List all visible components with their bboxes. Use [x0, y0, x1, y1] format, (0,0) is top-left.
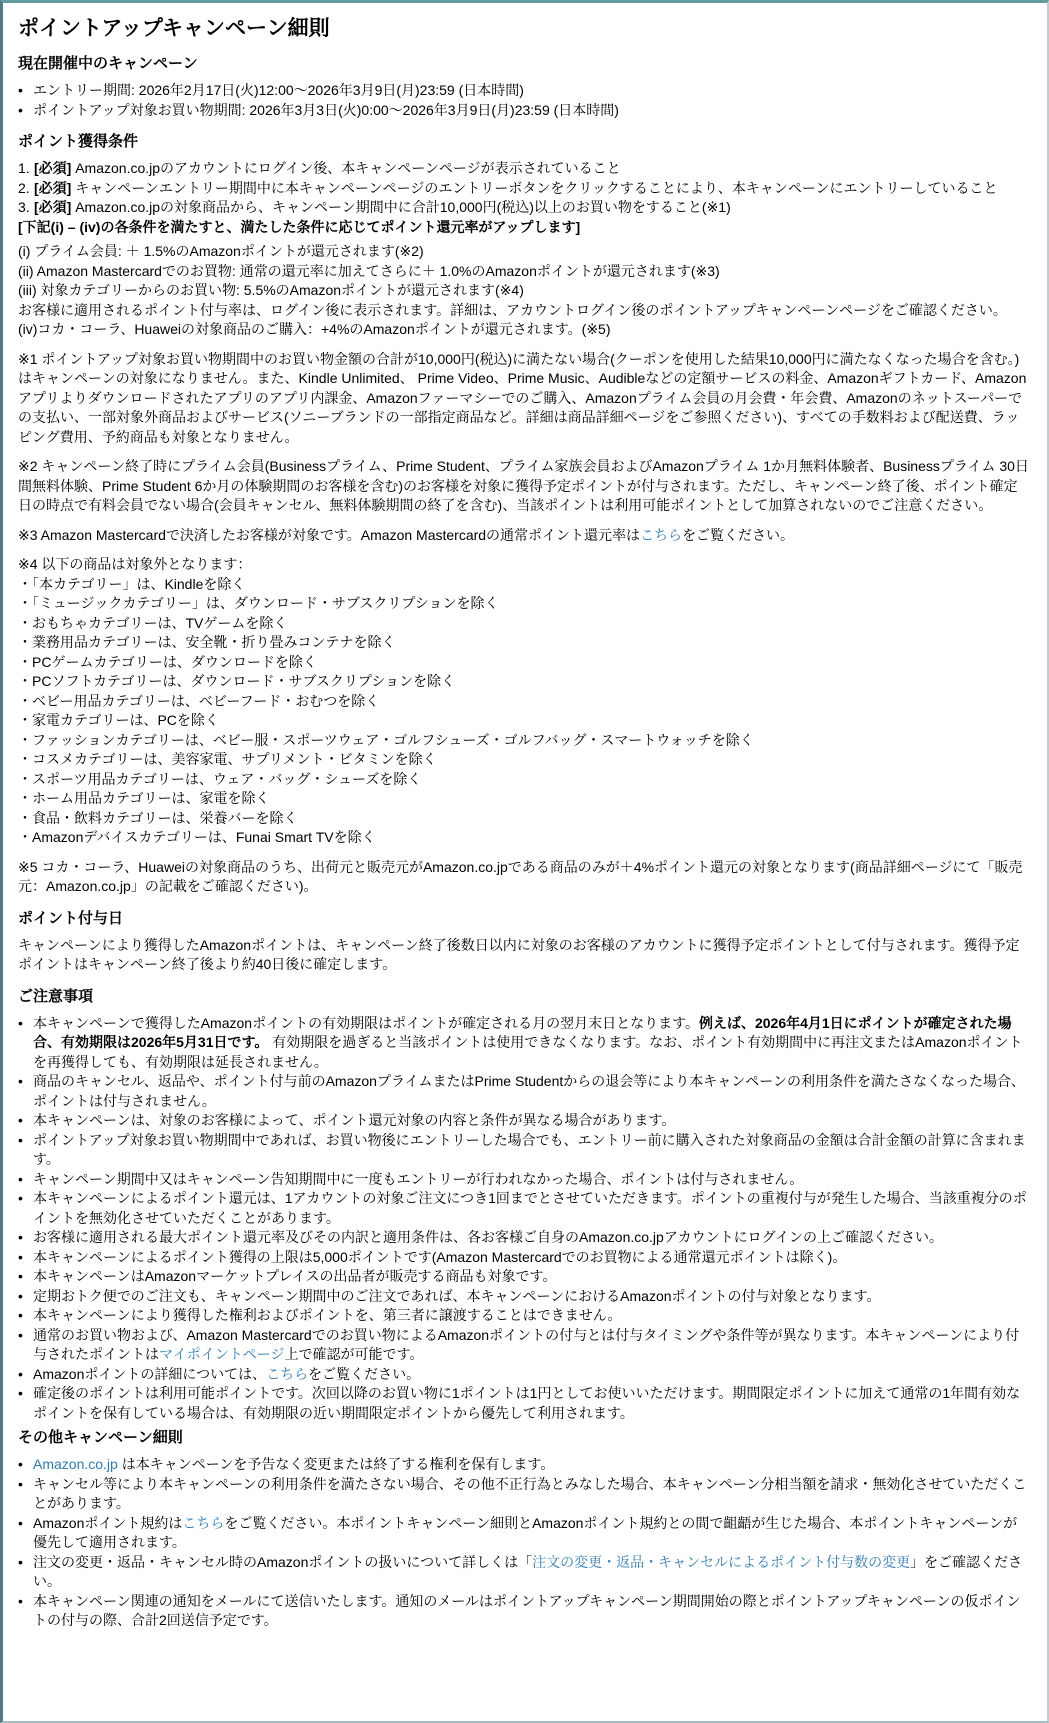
term-text: Amazonポイント規約は [33, 1515, 182, 1531]
list-item: •商品のキャンセル、返品や、ポイント付与前のAmazonプライムまたはPrime… [18, 1072, 1031, 1111]
list-item: •本キャンペーン関連の通知をメールにて送信いたします。通知のメールはポイントアッ… [18, 1592, 1031, 1631]
notice-text: 定期おトク便でのご注文も、キャンペーン期間中のご注文であれば、本キャンペーンにお… [33, 1288, 880, 1304]
current-campaign-list: •エントリー期間: 2026年2月17日(火)12:00～2026年3月9日(月… [18, 81, 1031, 120]
list-item: •本キャンペーンで獲得したAmazonポイントの有効期限はポイントが確定される月… [18, 1014, 1031, 1073]
bullet-marker: • [18, 1365, 33, 1385]
note-2: ※2 キャンペーン終了時にプライム会員(Businessプライム、Prime S… [18, 457, 1031, 516]
notice-text: 確定後のポイントは利用可能ポイントです。次回以降のお買い物に1ポイントは1円とし… [33, 1385, 1020, 1421]
notice-text: キャンペーン期間中又はキャンペーン告知期間中に一度もエントリーが行われなかった場… [33, 1171, 803, 1187]
list-item: 1.[必須] Amazon.co.jpのアカウントにログイン後、本キャンペーンペ… [18, 159, 1031, 179]
excluded-category-item: ・家電カテゴリーは、PCを除く [18, 711, 1031, 731]
section-heading-point-conditions: ポイント獲得条件 [18, 132, 1031, 152]
number-marker: 1. [18, 159, 34, 179]
excluded-category-item: ・PCゲームカテゴリーは、ダウンロードを除く [18, 653, 1031, 673]
other-terms-list: •Amazon.co.jp は本キャンペーンを予告なく変更または終了する権利を保… [18, 1455, 1031, 1631]
excluded-category-item: ・食品・飲料カテゴリーは、栄養バーを除く [18, 809, 1031, 829]
list-item: •本キャンペーンはAmazonマーケットプレイスの出品者が販売する商品も対象です… [18, 1267, 1031, 1287]
notice-text: 商品のキャンセル、返品や、ポイント付与前のAmazonプライムまたはPrime … [33, 1073, 1025, 1109]
bullet-marker: • [18, 81, 33, 101]
tier-line-category: (iii) 対象カテゴリーからのお買い物: 5.5%のAmazonポイントが還元… [18, 281, 1031, 301]
term-text: は本キャンペーンを予告なく変更または終了する権利を保有します。 [118, 1456, 555, 1472]
notices-list: •本キャンペーンで獲得したAmazonポイントの有効期限はポイントが確定される月… [18, 1014, 1031, 1424]
list-item: •ポイントアップ対象お買い物期間: 2026年3月3日(火)0:00～2026年… [18, 101, 1031, 121]
tier-line-mastercard: (ii) Amazon Mastercardでのお買物: 通常の還元率に加えてさ… [18, 262, 1031, 282]
rule-text: キャンペーンエントリー期間中に本キャンペーンページのエントリーボタンをクリックす… [71, 180, 997, 196]
tier-line-brands: (iv)コカ・コーラ、Huaweiの対象商品のご購入：+4%のAmazonポイン… [18, 320, 1031, 340]
list-item: •注文の変更・返品・キャンセル時のAmazonポイントの扱いについて詳しくは「注… [18, 1553, 1031, 1592]
required-label: [必須] [34, 160, 71, 176]
bullet-marker: • [18, 1475, 33, 1495]
note-4-block: ※4 以下の商品は対象外となります： ・「本カテゴリー」は、Kindleを除く … [18, 555, 1031, 848]
note-3: ※3 Amazon Mastercardで決済したお客様が対象です。Amazon… [18, 526, 1031, 546]
page-title: ポイントアップキャンペーン細則 [18, 15, 1031, 42]
excluded-category-item: ・おもちゃカテゴリーは、TVゲームを除く [18, 614, 1031, 634]
bullet-marker: • [18, 1553, 33, 1573]
list-item: •本キャンペーンは、対象のお客様によって、ポイント還元対象の内容と条件が異なる場… [18, 1111, 1031, 1131]
list-item: •お客様に適用される最大ポイント還元率及びその内訳と適用条件は、各お客様ご自身の… [18, 1228, 1031, 1248]
points-details-link[interactable]: こちら [266, 1366, 308, 1382]
list-item: •キャンセル等により本キャンペーンの利用条件を満たさない場合、その他不正行為とみ… [18, 1475, 1031, 1514]
list-item: •定期おトク便でのご注文も、キャンペーン期間中のご注文であれば、本キャンペーンに… [18, 1287, 1031, 1307]
section-heading-other-terms: その他キャンペーン細則 [18, 1428, 1031, 1448]
notice-text: 本キャンペーンにより獲得した権利およびポイントを、第三者に譲渡することはできませ… [33, 1307, 622, 1323]
list-item: •通常のお買い物および、Amazon Mastercardでのお買い物によるAm… [18, 1326, 1031, 1365]
conditions-bold-note: [下記(i) – (iv)の各条件を満たすと、満たした条件に応じてポイント還元率… [18, 218, 1031, 238]
term-text: キャンセル等により本キャンペーンの利用条件を満たさない場合、その他不正行為とみな… [33, 1476, 1026, 1512]
bullet-marker: • [18, 1306, 33, 1326]
bullet-marker: • [18, 101, 33, 121]
rate-display-note: お客様に適用されるポイント付与率は、ログイン後に表示されます。詳細は、アカウント… [18, 301, 1031, 321]
notice-text: 上で確認が可能です。 [284, 1346, 423, 1362]
list-item: •キャンペーン期間中又はキャンペーン告知期間中に一度もエントリーが行われなかった… [18, 1170, 1031, 1190]
excluded-category-item: ・Amazonデバイスカテゴリーは、Funai Smart TVを除く [18, 828, 1031, 848]
bullet-marker: • [18, 1189, 33, 1209]
excluded-category-item: ・ホーム用品カテゴリーは、家電を除く [18, 789, 1031, 809]
section-heading-current-campaign: 現在開催中のキャンペーン [18, 54, 1031, 74]
list-item: •Amazonポイントの詳細については、こちらをご覧ください。 [18, 1365, 1031, 1385]
excluded-category-item: ・「ミュージックカテゴリー」は、ダウンロード・サブスクリプションを除く [18, 594, 1031, 614]
notice-text: Amazonポイントの詳細については、 [33, 1366, 266, 1382]
note-4-intro: ※4 以下の商品は対象外となります： [18, 555, 1031, 575]
bullet-marker: • [18, 1592, 33, 1612]
campaign-terms-page: ポイントアップキャンペーン細則 現在開催中のキャンペーン •エントリー期間: 2… [0, 0, 1049, 1723]
notice-text: をご覧ください。 [308, 1366, 420, 1382]
number-marker: 3. [18, 198, 34, 218]
list-item: •エントリー期間: 2026年2月17日(火)12:00～2026年3月9日(月… [18, 81, 1031, 101]
list-item: •本キャンペーンにより獲得した権利およびポイントを、第三者に譲渡することはできま… [18, 1306, 1031, 1326]
list-item: •Amazon.co.jp は本キャンペーンを予告なく変更または終了する権利を保… [18, 1455, 1031, 1475]
rule-text: Amazon.co.jpのアカウントにログイン後、本キャンペーンページが表示され… [71, 160, 620, 176]
notice-text: ポイントアップ対象お買い物期間中であれば、お買い物後にエントリーした場合でも、エ… [33, 1132, 1026, 1168]
bullet-marker: • [18, 1287, 33, 1307]
bullet-marker: • [18, 1455, 33, 1475]
excluded-category-item: ・ベビー用品カテゴリーは、ベビーフード・おむつを除く [18, 692, 1031, 712]
list-item: •Amazonポイント規約はこちらをご覧ください。本ポイントキャンペーン細則とA… [18, 1514, 1031, 1553]
notice-text: 本キャンペーンは、対象のお客様によって、ポイント還元対象の内容と条件が異なる場合… [33, 1112, 675, 1128]
excluded-category-item: ・スポーツ用品カテゴリーは、ウェア・バッグ・シューズを除く [18, 770, 1031, 790]
section-heading-point-grant-date: ポイント付与日 [18, 909, 1031, 929]
required-label: [必須] [34, 199, 71, 215]
notice-text: 本キャンペーンはAmazonマーケットプレイスの出品者が販売する商品も対象です。 [33, 1268, 556, 1284]
point-conditions-rules: 1.[必須] Amazon.co.jpのアカウントにログイン後、本キャンペーンペ… [18, 159, 1031, 218]
bullet-marker: • [18, 1131, 33, 1151]
bullet-marker: • [18, 1267, 33, 1287]
points-terms-link[interactable]: こちら [182, 1515, 224, 1531]
tier-line-prime: (i) プライム会員: ＋ 1.5%のAmazonポイントが還元されます(※2) [18, 242, 1031, 262]
amazon-home-link[interactable]: Amazon.co.jp [33, 1456, 118, 1472]
excluded-category-item: ・ファッションカテゴリーは、ベビー服・スポーツウェア・ゴルフシューズ・ゴルフバッ… [18, 731, 1031, 751]
list-item: 3.[必須] Amazon.co.jpの対象商品から、キャンペーン期間中に合計1… [18, 198, 1031, 218]
bullet-marker: • [18, 1072, 33, 1092]
bullet-marker: • [18, 1514, 33, 1534]
mastercard-rate-link[interactable]: こちら [640, 527, 682, 543]
list-item: •確定後のポイントは利用可能ポイントです。次回以降のお買い物に1ポイントは1円と… [18, 1384, 1031, 1423]
bullet-marker: • [18, 1384, 33, 1404]
order-change-points-link[interactable]: 注文の変更・返品・キャンセルによるポイント付与数の変更 [532, 1554, 910, 1570]
point-rate-lines: (i) プライム会員: ＋ 1.5%のAmazonポイントが還元されます(※2)… [18, 242, 1031, 340]
bullet-marker: • [18, 1014, 33, 1034]
notice-text: 本キャンペーンによるポイント還元は、1アカウントの対象ご注文につき1回までとさせ… [33, 1190, 1027, 1226]
list-item: •本キャンペーンによるポイント還元は、1アカウントの対象ご注文につき1回までとさ… [18, 1189, 1031, 1228]
excluded-category-item: ・「本カテゴリー」は、Kindleを除く [18, 575, 1031, 595]
purchase-period-text: ポイントアップ対象お買い物期間: 2026年3月3日(火)0:00～2026年3… [33, 102, 619, 118]
list-item: •本キャンペーンによるポイント獲得の上限は5,000ポイントです(Amazon … [18, 1248, 1031, 1268]
note-3-text: をご覧ください。 [682, 527, 794, 543]
notice-text: 本キャンペーンで獲得したAmazonポイントの有効期限はポイントが確定される月の… [33, 1015, 699, 1031]
term-text: 注文の変更・返品・キャンセル時のAmazonポイントの扱いについて詳しくは「 [33, 1554, 532, 1570]
my-points-page-link[interactable]: マイポイントページ [159, 1346, 284, 1362]
bullet-marker: • [18, 1111, 33, 1131]
note-5: ※5 コカ・コーラ、Huaweiの対象商品のうち、出荷元と販売元がAmazon.… [18, 858, 1031, 897]
bullet-marker: • [18, 1228, 33, 1248]
excluded-category-item: ・PCソフトカテゴリーは、ダウンロード・サブスクリプションを除く [18, 672, 1031, 692]
bullet-marker: • [18, 1248, 33, 1268]
notice-text: 本キャンペーンによるポイント獲得の上限は5,000ポイントです(Amazon M… [33, 1249, 846, 1265]
notice-text: お客様に適用される最大ポイント還元率及びその内訳と適用条件は、各お客様ご自身のA… [33, 1229, 943, 1245]
list-item: •ポイントアップ対象お買い物期間中であれば、お買い物後にエントリーした場合でも、… [18, 1131, 1031, 1170]
bullet-marker: • [18, 1170, 33, 1190]
number-marker: 2. [18, 179, 34, 199]
point-grant-body: キャンペーンにより獲得したAmazonポイントは、キャンペーン終了後数日以内に対… [18, 936, 1031, 975]
section-heading-notices: ご注意事項 [18, 987, 1031, 1007]
entry-period-text: エントリー期間: 2026年2月17日(火)12:00～2026年3月9日(月)… [33, 82, 524, 98]
note-3-text: ※3 Amazon Mastercardで決済したお客様が対象です。Amazon… [18, 527, 640, 543]
rule-text: Amazon.co.jpの対象商品から、キャンペーン期間中に合計10,000円(… [71, 199, 730, 215]
bullet-marker: • [18, 1326, 33, 1346]
note-1: ※1 ポイントアップ対象お買い物期間中のお買い物金額の合計が10,000円(税込… [18, 350, 1031, 448]
excluded-category-item: ・業務用品カテゴリーは、安全靴・折り畳みコンテナを除く [18, 633, 1031, 653]
term-text: 本キャンペーン関連の通知をメールにて送信いたします。通知のメールはポイントアップ… [33, 1593, 1021, 1629]
required-label: [必須] [34, 180, 71, 196]
list-item: 2.[必須] キャンペーンエントリー期間中に本キャンペーンページのエントリーボタ… [18, 179, 1031, 199]
excluded-category-item: ・コスメカテゴリーは、美容家電、サプリメント・ビタミンを除く [18, 750, 1031, 770]
